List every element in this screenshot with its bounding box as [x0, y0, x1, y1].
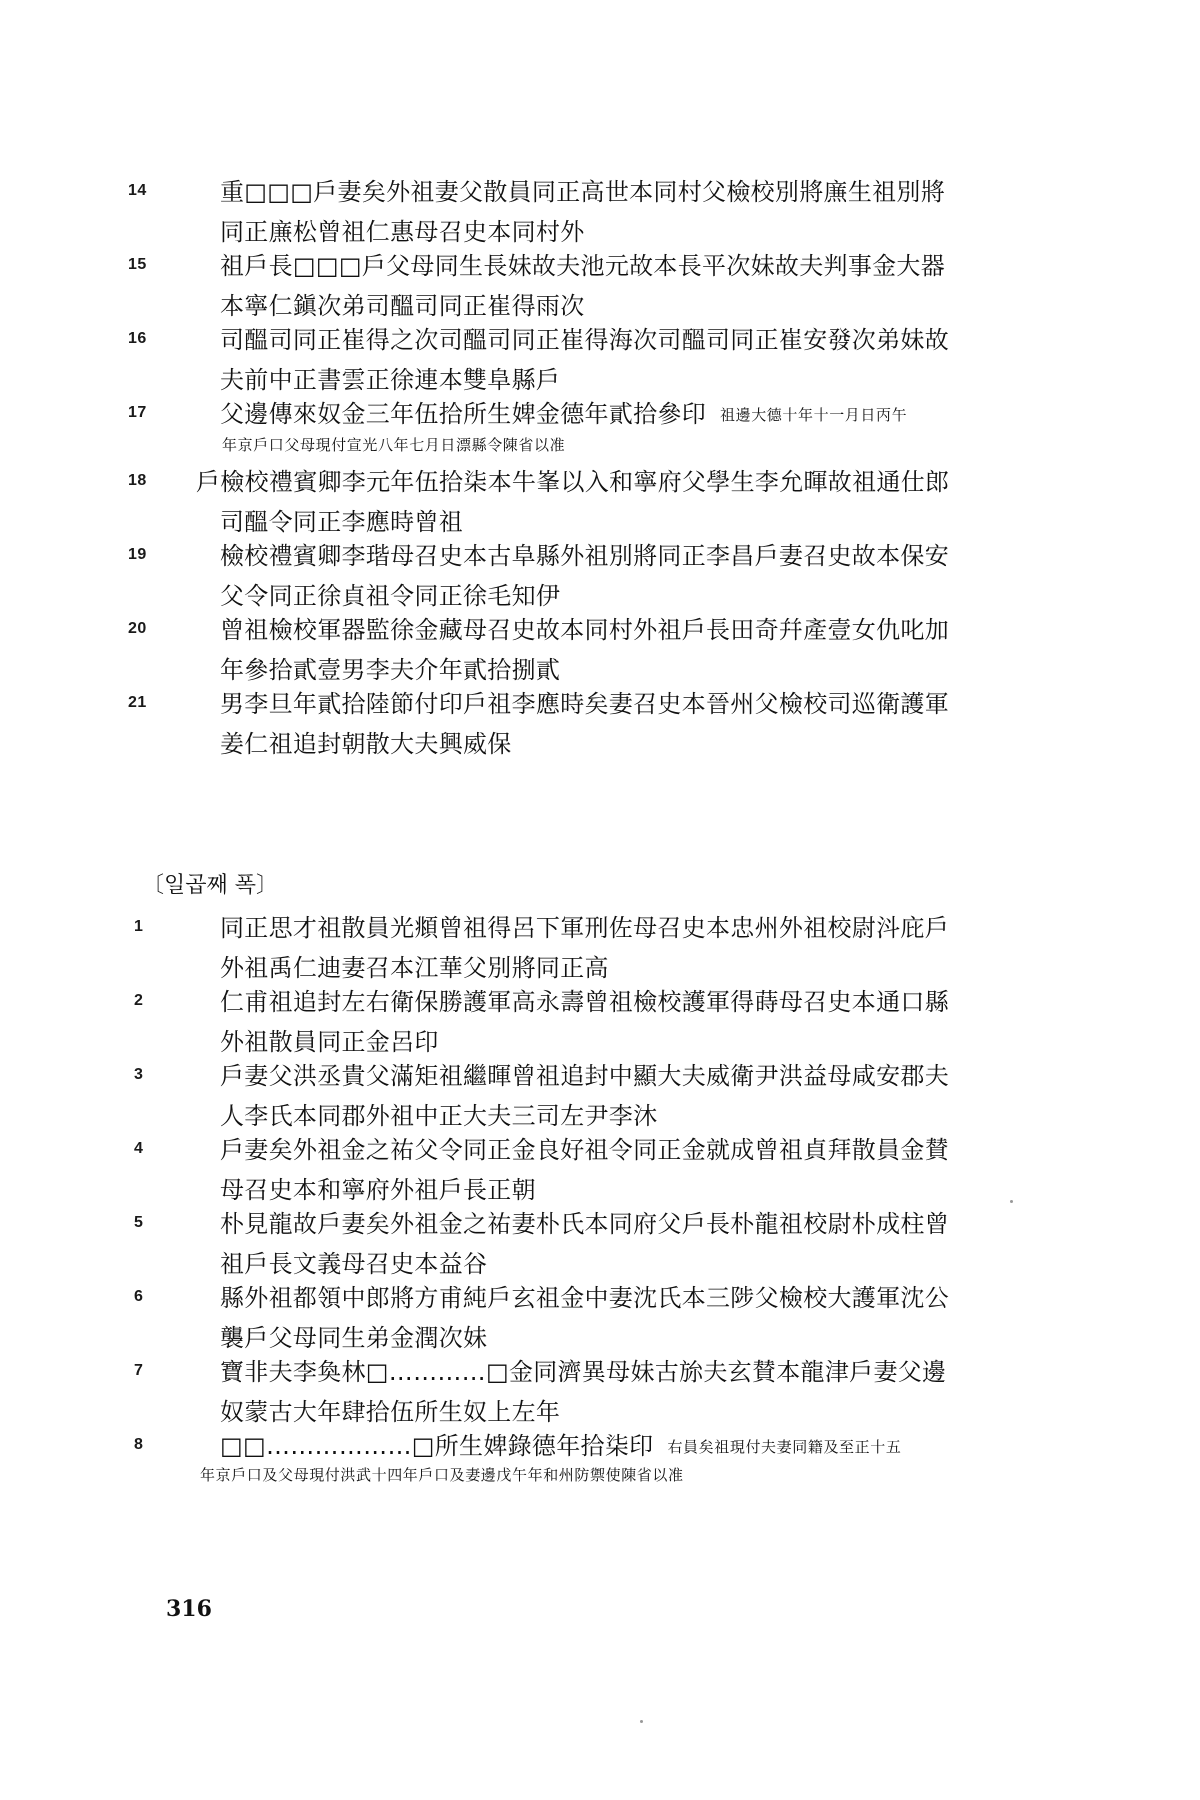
- line-number: 2: [134, 992, 184, 1010]
- entry-text-line1: 男李旦年貳拾陸節付印戶祖李應時矣妻召史本晉州父檢校司巡衛護軍: [220, 684, 949, 719]
- line-number: 15: [128, 256, 178, 274]
- line-number: 8: [134, 1436, 184, 1454]
- entry-text-line1: 仁甫祖追封左右衛保勝護軍高永壽曾祖檢校護軍得蒔母召史本通口縣: [220, 982, 949, 1017]
- entry-text-line2: 母召史本和寧府外祖戶長正朝: [220, 1170, 536, 1205]
- line-number: 3: [134, 1066, 184, 1084]
- entry-text-line2: 外祖禹仁迪妻召本江華父別將同正高: [220, 948, 609, 983]
- entry-text-line1: 父邊傳來奴金三年伍拾所生婢金德年貳拾參印祖邊大德十年十一月日丙午: [220, 394, 907, 429]
- annotation-note-line2: 年京戶口及父母現付洪武十四年戶口及妻邊戊午年和州防禦使陳省以准: [200, 1464, 684, 1485]
- entry-text-line2: 外祖散員同正金呂印: [220, 1022, 439, 1057]
- entry-text-line2: 同正㢘松曾祖仁惠母召史本同村外: [220, 212, 585, 247]
- line-number: 7: [134, 1362, 184, 1380]
- entry-text-line2: 奴蒙古大年肆拾伍所生奴上左年: [220, 1392, 560, 1427]
- entry-text-line1: 曾祖檢校軍器監徐金藏母召史故本同村外祖戶長田奇幷產壹女仇叱加: [220, 610, 949, 645]
- scan-speck: [640, 1720, 643, 1723]
- line-number: 17: [128, 404, 178, 422]
- entry-text-line2: 夫前中正書雲正徐連本雙阜縣戶: [220, 360, 560, 395]
- entry-text-line2: 司醞令同正李應時曾祖: [220, 502, 463, 537]
- entry-text-line1: 縣外祖都領中郎將方甫純戶玄祖金中妻沈氏本三陟父檢校大護軍沈公: [220, 1278, 949, 1313]
- entry-text-line1: 戶妻父洪丞貴父滿矩祖繼暉曾祖追封中顯大夫威衛尹洪益母咸安郡夫: [220, 1056, 949, 1091]
- line-number: 6: [134, 1288, 184, 1306]
- section-heading: 〔일곱째 폭〕: [142, 868, 278, 899]
- entry-text-line1: 戶妻矣外祖金之祐父令同正金良好祖令同正金就成曾祖貞拜散員金賛: [220, 1130, 949, 1165]
- entry-text-line2: 襲戶父母同生弟金潤次妹: [220, 1318, 487, 1353]
- entry-text-line2: 姜仁祖追封朝散大夫興威保: [220, 724, 512, 759]
- entry-text-line1: 司醞司同正崔得之次司醞司同正崔得海次司醞司同正崔安發次弟妹故: [220, 320, 949, 355]
- document-page: 14 重□□□戶妻矣外祖妻父散員同正高世本同村父檢校別將㢘生祖別將 同正㢘松曾祖…: [0, 0, 1200, 1800]
- entry-text-line1: 祖戶長□□□戶父母同生長妹故夫池元故本長平次妹故夫判事金大器: [220, 246, 945, 281]
- scan-speck: [1010, 1200, 1013, 1203]
- line-number: 19: [128, 546, 178, 564]
- entry-text-line2: 父令同正徐貞祖令同正徐毛知伊: [220, 576, 560, 611]
- line-number: 4: [134, 1140, 184, 1158]
- annotation-note: 右員矣祖現付夫妻同籍及至正十五: [667, 1438, 901, 1456]
- entry-text-line1: 朴見龍故戶妻矣外祖金之祐妻朴氏本同府父戶長朴龍祖校尉朴成柱曾: [220, 1204, 949, 1239]
- line-number: 20: [128, 620, 178, 638]
- line-number: 16: [128, 330, 178, 348]
- entry-text-line1: □□………………□所生婢錄德年拾柒印右員矣祖現付夫妻同籍及至正十五: [220, 1426, 901, 1461]
- entry-text-line1: 戶檢校禮賓卿李元年伍拾柒本牛峯以入和寧府父學生李允暉故祖通仕郎: [196, 462, 949, 497]
- entry-text-line1: 同正思才祖散員光頫曾祖得呂下軍刑佐母召史本忠州外祖校尉㳆庇戶: [220, 908, 949, 943]
- line-number: 14: [128, 182, 178, 200]
- entry-text-line1: 寶非夫李奐林□…………□金同濟異母妹古旀夫玄賛本龍津戶妻父邊: [220, 1352, 946, 1387]
- entry-main-text: 父邊傳來奴金三年伍拾所生婢金德年貳拾參印: [220, 400, 706, 428]
- entry-text-line2: 年參拾貳壹男李夫介年貳拾捌貳: [220, 650, 560, 685]
- page-number: 316: [166, 1596, 212, 1622]
- annotation-note: 祖邊大德十年十一月日丙午: [720, 406, 907, 424]
- entry-text-line1: 重□□□戶妻矣外祖妻父散員同正高世本同村父檢校別將㢘生祖別將: [220, 172, 945, 207]
- annotation-note-line2: 年京戶口父母現付宣光八年七月日漂縣令陳省以准: [222, 434, 565, 455]
- entry-text-line2: 祖戶長文義母召史本益谷: [220, 1244, 487, 1279]
- line-number: 18: [128, 472, 178, 490]
- entry-main-text: □□………………□所生婢錄德年拾柒印: [220, 1432, 653, 1460]
- entry-text-line1: 檢校禮賓卿李瑎母召史本古阜縣外祖別將同正李昌戶妻召史故本保安: [220, 536, 949, 571]
- line-number: 21: [128, 694, 178, 712]
- entry-text-line2: 本寧仁鎭次弟司醞司同正崔得雨次: [220, 286, 585, 321]
- line-number: 5: [134, 1214, 184, 1232]
- line-number: 1: [134, 918, 184, 936]
- entry-text-line2: 人李氏本同郡外祖中正大夫三司左尹李沐: [220, 1096, 657, 1131]
